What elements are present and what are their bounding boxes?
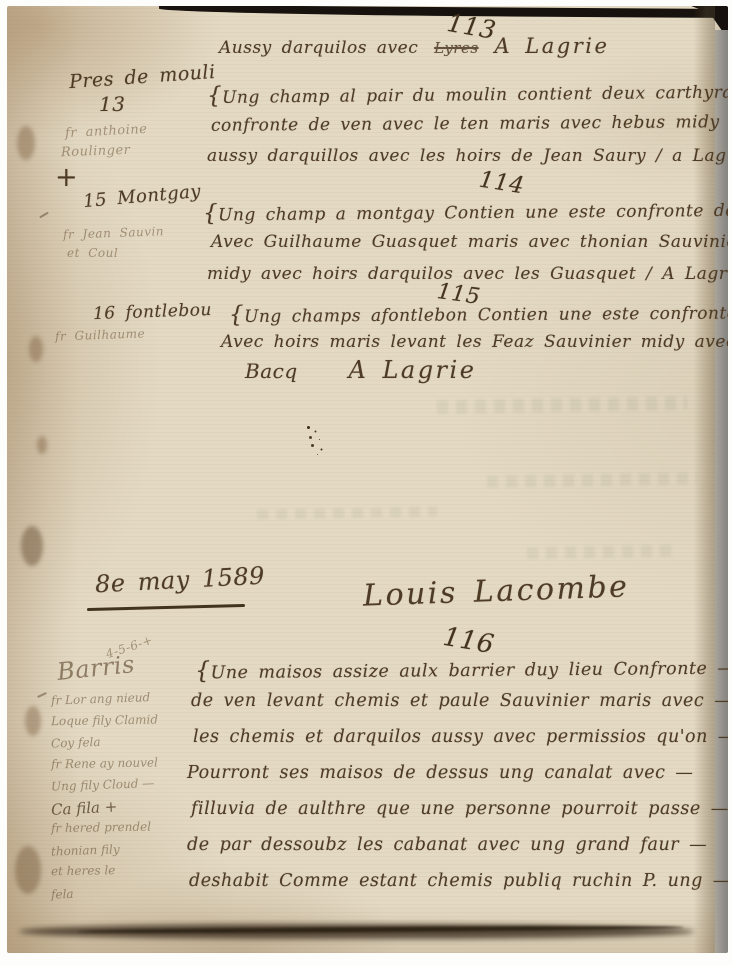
margin-title-16: 16 fontlebou <box>93 300 213 324</box>
entry-113-line: aussy darquillos avec les hoirs de Jean … <box>207 146 726 166</box>
header-text-after: A Lagrie <box>494 34 609 58</box>
binding-stain <box>25 706 41 736</box>
entry-116-line: deshabit Comme estant chemis publiq ruch… <box>189 871 728 891</box>
header-tail-line: Aussy darquilos avec Lyres A Lagrie <box>219 34 609 58</box>
entry-114-line: midy avec hoirs darquilos avec les Guasq… <box>207 264 728 284</box>
binding-stain <box>21 526 43 566</box>
bleedthrough-text <box>257 506 437 519</box>
margin-note: fr Jean Sauvin <box>63 224 164 242</box>
date-underline <box>87 604 245 611</box>
binding-stain <box>17 126 35 160</box>
margin-title-13: Pres de mouli <box>68 61 216 93</box>
entry-113-line: confronte de ven avec le ten maris avec … <box>211 112 720 136</box>
entry-114-line: Avec Guilhaume Guasquet maris avec thoni… <box>211 232 728 252</box>
entry-113-line: {Ung champ al pair du moulin contient de… <box>207 77 728 109</box>
initial-flourish: { <box>229 302 244 328</box>
struck-word: Lyres <box>434 39 478 57</box>
margin-tick <box>37 692 47 698</box>
margin-title-15: 15 Montgay <box>82 181 202 212</box>
entry-116-line: de ven levant chemis et paule Sauvinier … <box>191 691 728 711</box>
date-8-may-1589: 8e may 1589 <box>94 562 265 599</box>
entry-116-line: {Une maisos assize aulx barrier duy lieu… <box>195 652 728 685</box>
top-edge-shadow <box>159 6 728 18</box>
margin-note-list: fr Lor ang nieud Loque fily Clamid Coy f… <box>51 688 201 903</box>
signature-a-lagrie: A Lagrie <box>348 356 476 384</box>
manuscript-photo: 113 Aussy darquilos avec Lyres A Lagrie … <box>0 0 732 966</box>
header-text-before: Aussy darquilos avec <box>219 38 418 58</box>
bleedthrough-text <box>527 545 677 560</box>
bleedthrough-text <box>437 396 687 414</box>
margin-note: et Coul <box>67 246 118 260</box>
margin-note: Roulinger <box>61 143 131 160</box>
manuscript-page: 113 Aussy darquilos avec Lyres A Lagrie … <box>7 6 728 953</box>
entry-116-line: les chemis et darquilos aussy avec permi… <box>193 727 728 747</box>
signature-bacq: Bacq <box>245 359 298 383</box>
entry-115-line: Avec hoirs maris levant les Feaz Sauvini… <box>221 332 728 352</box>
margin-note: fela <box>51 879 202 906</box>
entry-116-line: Pourront ses maisos de dessus ung canala… <box>187 763 693 783</box>
binding-stain <box>29 336 43 362</box>
initial-flourish: { <box>207 83 222 109</box>
margin-note: fr Guilhaume <box>55 326 146 343</box>
entry-number-114: 114 <box>477 167 526 200</box>
margin-title-barris: Barris <box>56 650 136 686</box>
entry-114-line: {Ung champ a montgay Contien une este co… <box>203 195 728 226</box>
entry-115-line: {Ung champs afontlebon Contien une este … <box>229 298 728 328</box>
entry-116-line: filluvia de aulthre que une personne pou… <box>191 799 728 819</box>
margin-tick <box>39 212 49 219</box>
margin-number-13: 13 <box>99 92 125 116</box>
margin-cross: + <box>55 162 78 193</box>
margin-note: fr anthoine <box>65 122 148 141</box>
initial-flourish: { <box>203 200 218 226</box>
binding-stain <box>37 436 47 454</box>
binding-stain <box>15 846 41 894</box>
clerk-signature: Louis Lacombe <box>362 569 629 613</box>
bleedthrough-text <box>487 472 697 488</box>
initial-flourish: { <box>195 656 211 684</box>
entry-116-line: de par dessoubz les cabanat avec ung gra… <box>187 835 707 855</box>
ink-smudge <box>307 426 310 429</box>
entry-115-signature: Bacq A Lagrie <box>245 356 476 384</box>
